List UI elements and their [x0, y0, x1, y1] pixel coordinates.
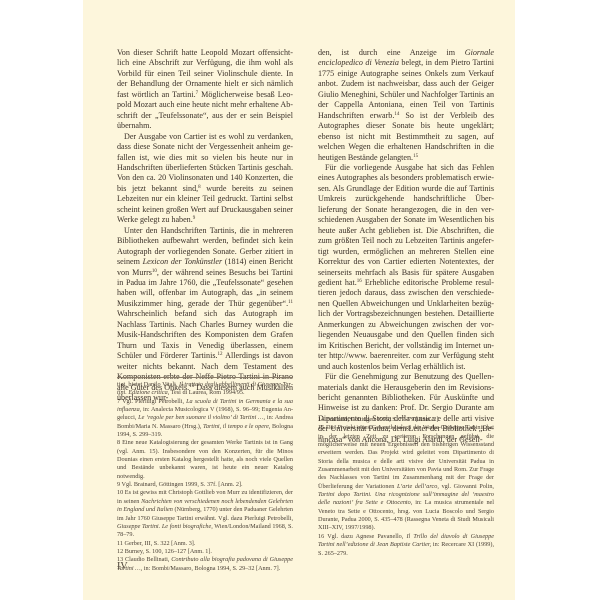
footnote-reference: 12 [218, 352, 223, 357]
footnote: 16 Vgl. dazu Agnese Pavanello, Il Trillo… [318, 533, 494, 558]
italic-title: Nachrichten von verschiedenen noch leben… [117, 498, 293, 513]
right-body-text: den, ist durch eine Anzeige im Giornale … [318, 48, 494, 445]
footnote: 8 Eine neue Katalogisierung der gesamten… [117, 439, 293, 481]
footnote-reference: 11 [288, 300, 293, 305]
italic-title: Tartini, il tempo e le opere, [203, 423, 270, 430]
italic-title: Giuseppe Tartini. Le fonti biografiche, [117, 523, 213, 530]
page-number: IV [117, 561, 128, 572]
footnote: 7 Vgl. Pierluigi Petrobelli, La scuola d… [117, 398, 293, 440]
footnote: 13 Claudio Bellinati, Contributo alla bi… [117, 556, 293, 573]
italic-title: Lexicon der Tonkünstler [143, 257, 223, 266]
italic-title: Contributo alla biografia padovana di Gi… [117, 556, 293, 571]
left-footnotes: tigt, bietet Danilo Vitali, Il trattato … [117, 381, 293, 573]
italic-title: Tartini dopo Tartini. Una ricognizione s… [318, 491, 494, 506]
italic-title: La scuola di Tartini in Germania e la su… [117, 398, 293, 413]
italic-title: Il trattato degli abbellimenti di Giusep… [117, 381, 293, 396]
footnote-reference: 7 [196, 91, 199, 96]
paragraph: Für die vorliegende Ausgabe hat sich das… [318, 163, 494, 372]
italic-title: Il Trillo del diavolo di Giuseppe Tartin… [318, 533, 494, 548]
paragraph: Der Ausgabe von Cartier ist es wohl zu v… [117, 132, 293, 226]
right-footnotes: 14 Brainard, Göttingen 1999, S. 77–79 [A… [318, 416, 494, 558]
paragraph: den, ist durch eine Anzeige im Giornale … [318, 48, 494, 163]
italic-title: L’arte dell’arco, [397, 483, 439, 490]
paragraph: Von dieser Schrift hatte Leopold Mozart … [117, 48, 293, 132]
footnote: 11 Gerber, III, S. 322 [Anm. 3]. [117, 540, 293, 548]
footnote-reference: 15 [413, 154, 418, 159]
footnote: 15 Das Projekt eines Gesamtkatalogs der … [318, 424, 494, 532]
document-page: Von dieser Schrift hatte Leopold Mozart … [83, 0, 515, 600]
footnote-reference: 16 [357, 279, 362, 284]
footnote: tigt, bietet Danilo Vitali, Il trattato … [117, 381, 293, 398]
footnote-reference: 14 [394, 112, 399, 117]
footnote: 10 Es ist gewiss mit Christoph Gottlieb … [117, 489, 293, 539]
italic-title: Le ‘regole per ben suonare il violino’ d… [138, 414, 265, 421]
footnote: 14 Brainard, Göttingen 1999, S. 77–79 [A… [318, 416, 494, 424]
footnote-reference: 10 [152, 269, 157, 274]
italic-title: Giornale enciclopedico di Venezia [318, 48, 494, 67]
footnote: 12 Burney, S. 100, 126–127 [Anm. 1]. [117, 548, 293, 556]
footnote-divider [117, 377, 293, 378]
footnote-reference: 8 [198, 185, 201, 190]
footnote: 9 Vgl. Brainard, Göttingen 1999, S. 37f.… [117, 481, 293, 489]
left-body-text: Von dieser Schrift hatte Leopold Mozart … [117, 48, 293, 403]
footnote-reference: 9 [193, 216, 196, 221]
